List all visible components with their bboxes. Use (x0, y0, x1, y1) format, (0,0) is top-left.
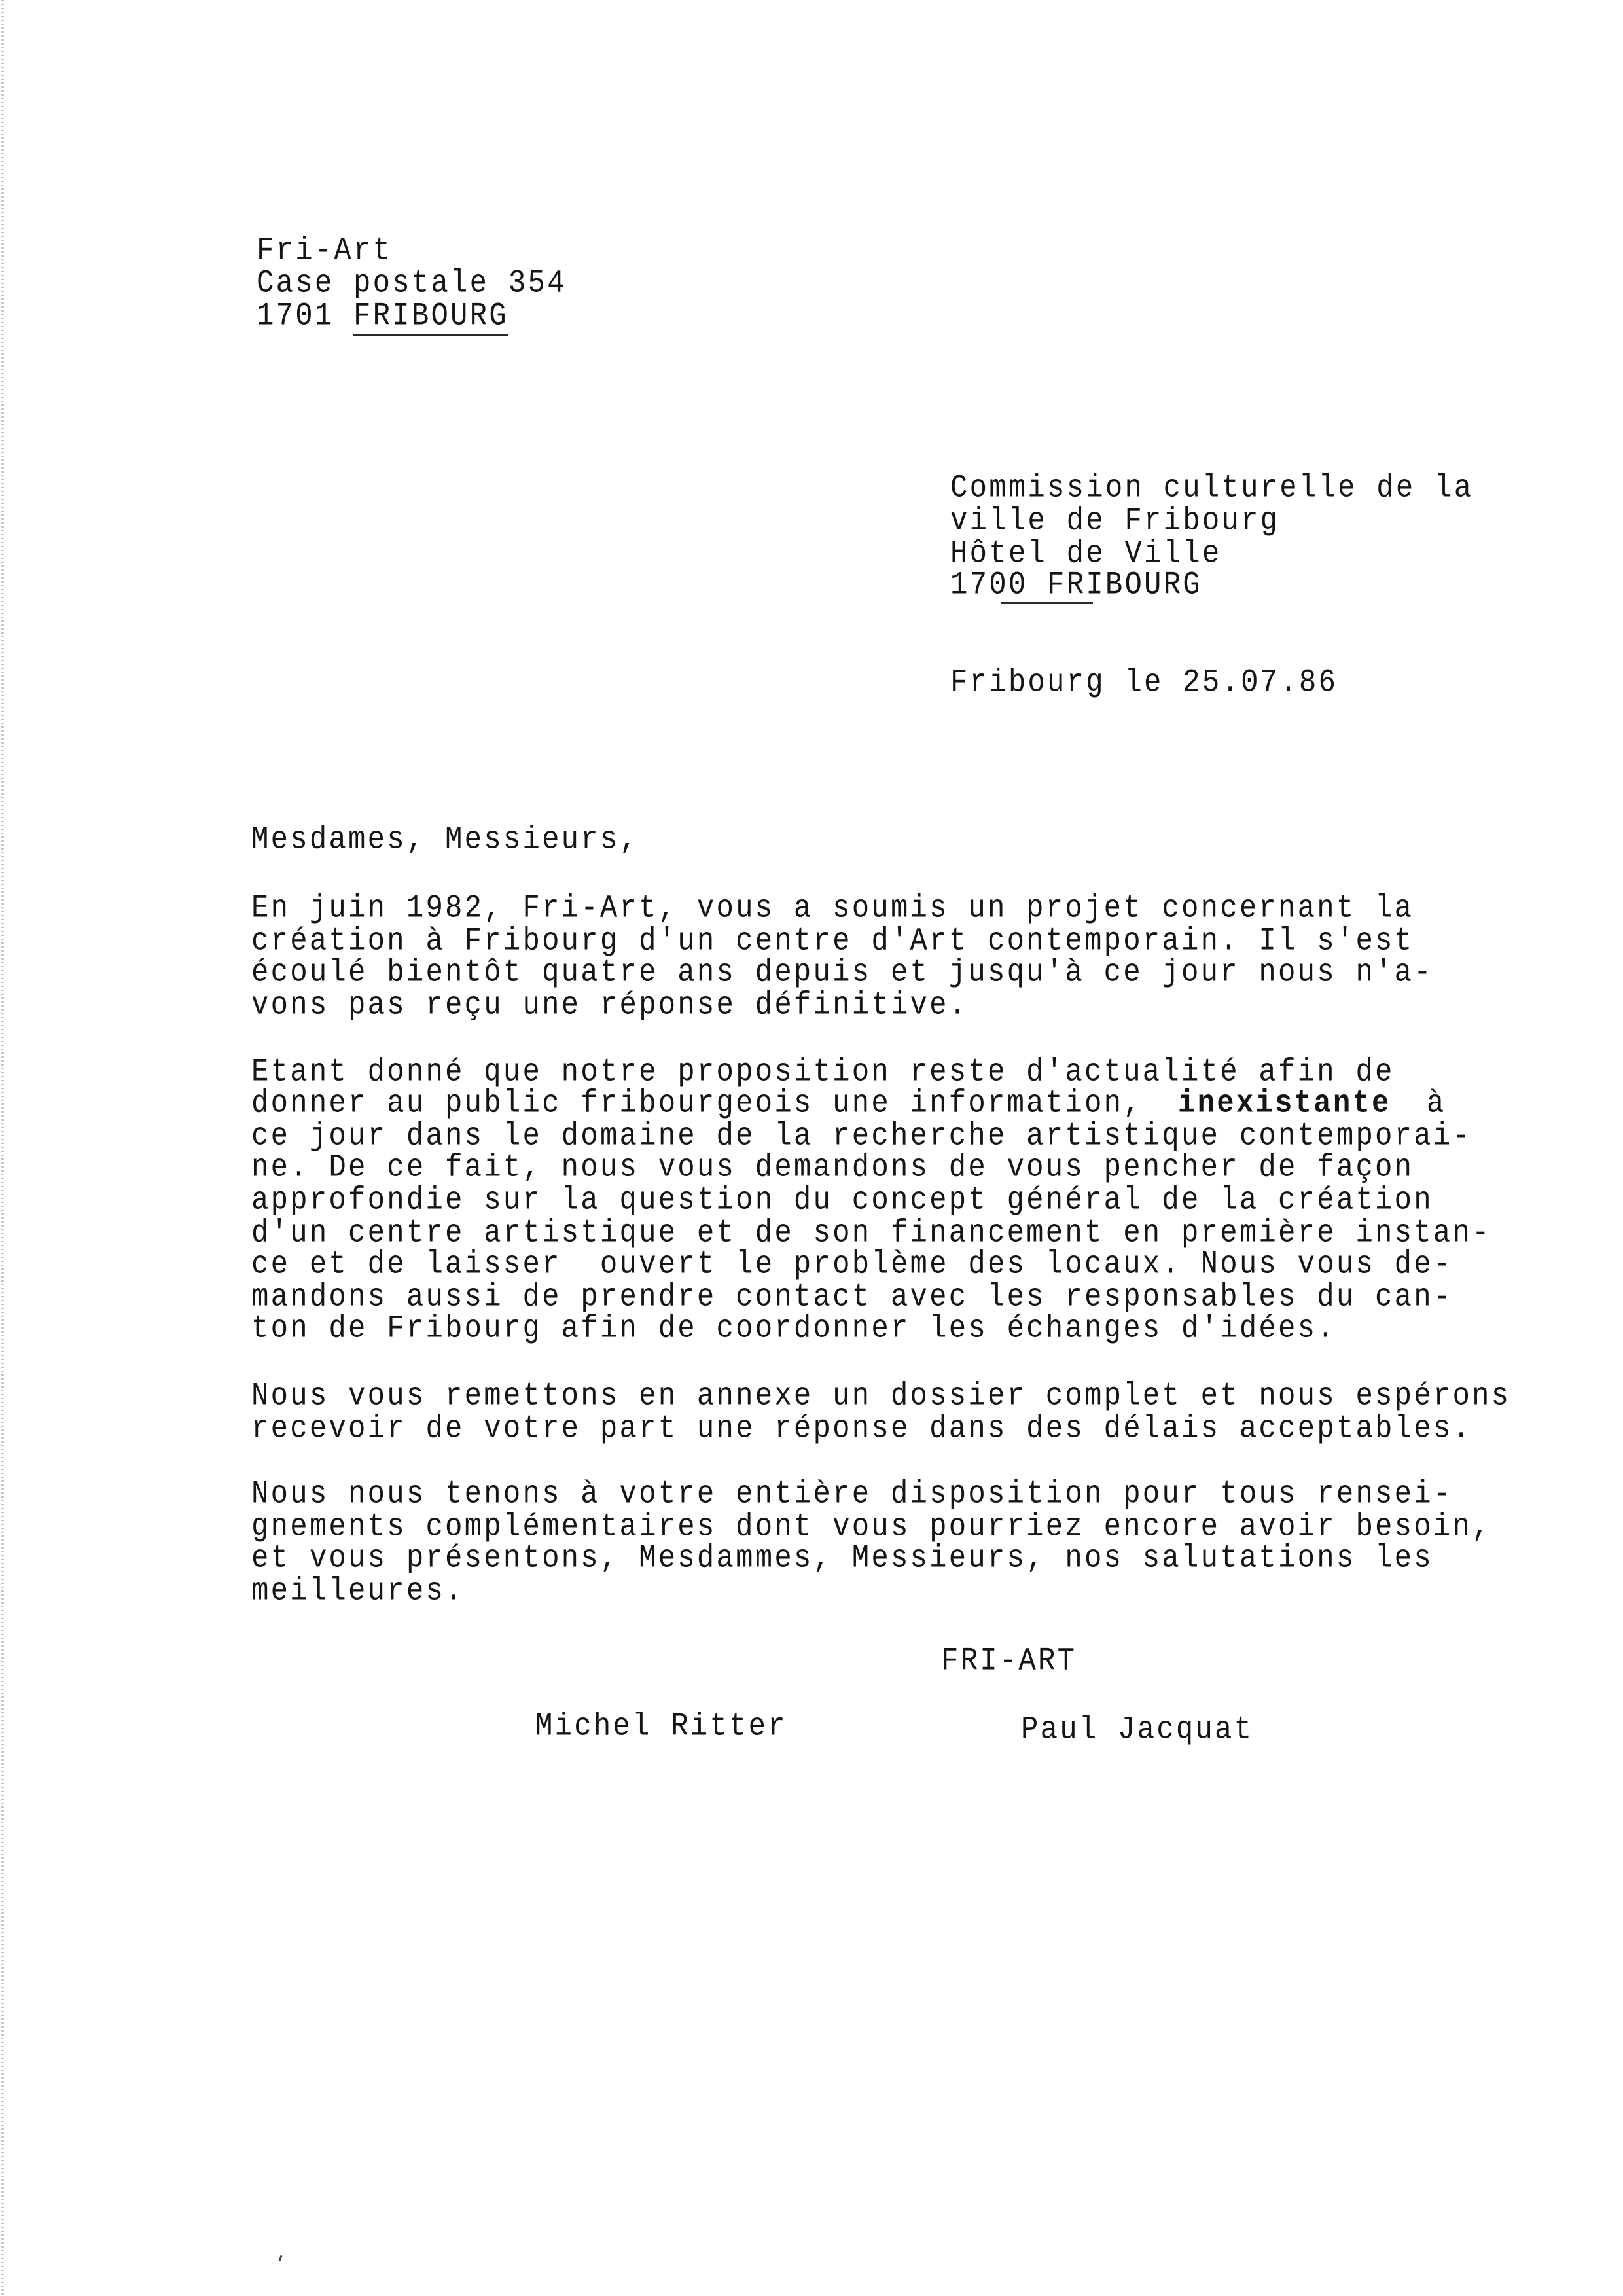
body-line-fragment: à (1427, 1085, 1446, 1122)
sender-line: Fri-Art (257, 232, 392, 269)
body-line: Nous vous remettons en annexe un dossier… (251, 1378, 1510, 1414)
sender-city-underline (353, 334, 508, 336)
body-line: approfondie sur la question du concept g… (251, 1182, 1433, 1219)
recipient-line: Commission culturelle de la (950, 470, 1473, 507)
body-line: écoulé bientôt quatre ans depuis et jusq… (251, 954, 1433, 991)
closing-organization: FRI-ART (941, 1643, 1077, 1679)
sender-line: Case postale 354 (257, 265, 567, 302)
recipient-city-underline (1001, 602, 1093, 604)
date-line: Fribourg le 25.07.86 (950, 664, 1338, 701)
sender-line: 1701 FRIBOURG (257, 298, 508, 334)
recipient-line: ville de Fribourg (950, 503, 1279, 539)
body-line: ton de Fribourg afin de coordonner les é… (251, 1310, 1336, 1347)
scan-speck (279, 2255, 283, 2261)
recipient-line: 1700 FRIBOURG (950, 567, 1202, 603)
body-line: recevoir de votre part une réponse dans … (251, 1410, 1472, 1447)
body-line: ce et de laisser ouvert le problème des … (251, 1246, 1452, 1283)
emphasis-word: inexistante (1178, 1085, 1391, 1122)
body-line: et vous présentons, Mesdammes, Messieurs… (251, 1540, 1433, 1577)
body-line: vons pas reçu une réponse définitive. (251, 987, 968, 1024)
body-line: meilleures. (251, 1573, 465, 1609)
salutation: Mesdames, Messieurs, (251, 821, 639, 858)
body-line: donner au public fribourgeois une inform… (251, 1085, 1143, 1122)
letter-page: Fri-Art Case postale 354 1701 FRIBOURG C… (0, 0, 1623, 2296)
body-line: En juin 1982, Fri-Art, vous a soumis un … (251, 890, 1414, 927)
body-line: ne. De ce fait, nous vous demandons de v… (251, 1149, 1414, 1186)
scan-edge-artifact (1, 0, 4, 2296)
signatory-name: Paul Jacquat (1021, 1712, 1253, 1748)
signatory-name: Michel Ritter (535, 1708, 787, 1745)
body-line: Nous nous tenons à votre entière disposi… (251, 1476, 1452, 1513)
